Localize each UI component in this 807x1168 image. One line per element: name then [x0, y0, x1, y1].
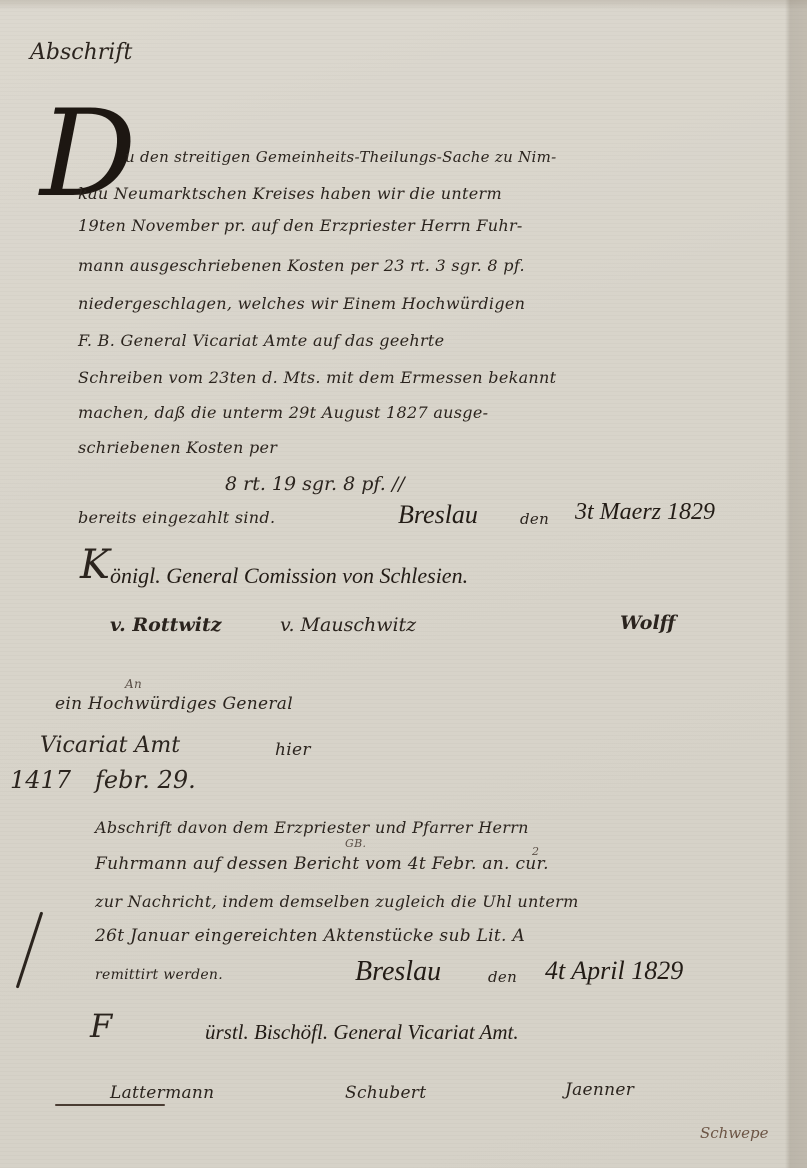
address-line-3: hier: [275, 742, 311, 759]
authority-line: önigl. General Comission von Schlesien.: [110, 565, 468, 587]
document-page: Abschrift D u den streitigen Gemeinheits…: [0, 0, 807, 1168]
gloss-above-bericht: GB.: [345, 838, 366, 849]
address-line-2: Vicariat Amt: [40, 735, 180, 757]
signature-3: Wolff: [620, 614, 675, 633]
address-prefix: An: [125, 678, 142, 690]
second-line-2: Fuhrmann auf dessen Bericht vom 4t Febr.…: [95, 856, 549, 873]
body-line-9: schriebenen Kosten per: [78, 440, 277, 456]
bottom-signature-3: Jaenner: [565, 1082, 634, 1099]
body-line-4: mann ausgeschriebenen Kosten per 23 rt. …: [78, 258, 525, 274]
body-line-8: machen, daß die unterm 29t August 1827 a…: [78, 405, 488, 421]
bottom-signature-1: Lattermann: [110, 1085, 214, 1102]
margin-note: Schwepe: [700, 1126, 769, 1141]
journal-date: febr. 29.: [95, 768, 196, 792]
second-date-prefix: den: [488, 970, 517, 985]
closing-place: Breslau: [398, 502, 478, 528]
body-line-3: 19ten November pr. auf den Erzpriester H…: [78, 218, 523, 234]
body-line-7: Schreiben vom 23ten d. Mts. mit dem Erme…: [78, 370, 556, 386]
flourish-line: [55, 1104, 165, 1106]
document-heading: Abschrift: [30, 42, 132, 64]
body-line-6: F. B. General Vicariat Amte auf das geeh…: [78, 333, 444, 349]
signature-1: v. Rottwitz: [110, 616, 222, 635]
body-line-2: kau Neumarktschen Kreises haben wir die …: [78, 186, 502, 202]
second-place: Breslau: [355, 958, 441, 986]
issuer-initial: F: [90, 1010, 112, 1042]
amount-line: 8 rt. 19 sgr. 8 pf. //: [225, 475, 405, 494]
closing-date: 3t Maerz 1829: [575, 500, 715, 524]
journal-number: 1417: [10, 768, 71, 792]
closing-text: bereits eingezahlt sind.: [78, 510, 275, 526]
body-line-5: niedergeschlagen, welches wir Einem Hoch…: [78, 296, 525, 312]
bottom-signature-2: Schubert: [345, 1085, 426, 1102]
second-line-3: zur Nachricht, indem demselben zugleich …: [95, 894, 579, 910]
signature-2: v. Mauschwitz: [280, 616, 416, 635]
address-line-1: ein Hochwürdiges General: [55, 696, 293, 713]
gloss-above-date: 2: [532, 846, 539, 857]
second-line-1: Abschrift davon dem Erzpriester und Pfar…: [95, 820, 529, 836]
body-line-1: u den streitigen Gemeinheits-Theilungs-S…: [125, 150, 557, 165]
second-line-4: 26t Januar eingereichten Aktenstücke sub…: [95, 928, 525, 945]
second-line-5: remittirt werden.: [95, 968, 223, 982]
issuer-line: ürstl. Bischöfl. General Vicariat Amt.: [205, 1022, 519, 1043]
authority-initial: K: [80, 545, 110, 585]
margin-stroke: [16, 911, 44, 988]
second-date: 4t April 1829: [545, 958, 683, 984]
closing-date-prefix: den: [520, 512, 549, 527]
